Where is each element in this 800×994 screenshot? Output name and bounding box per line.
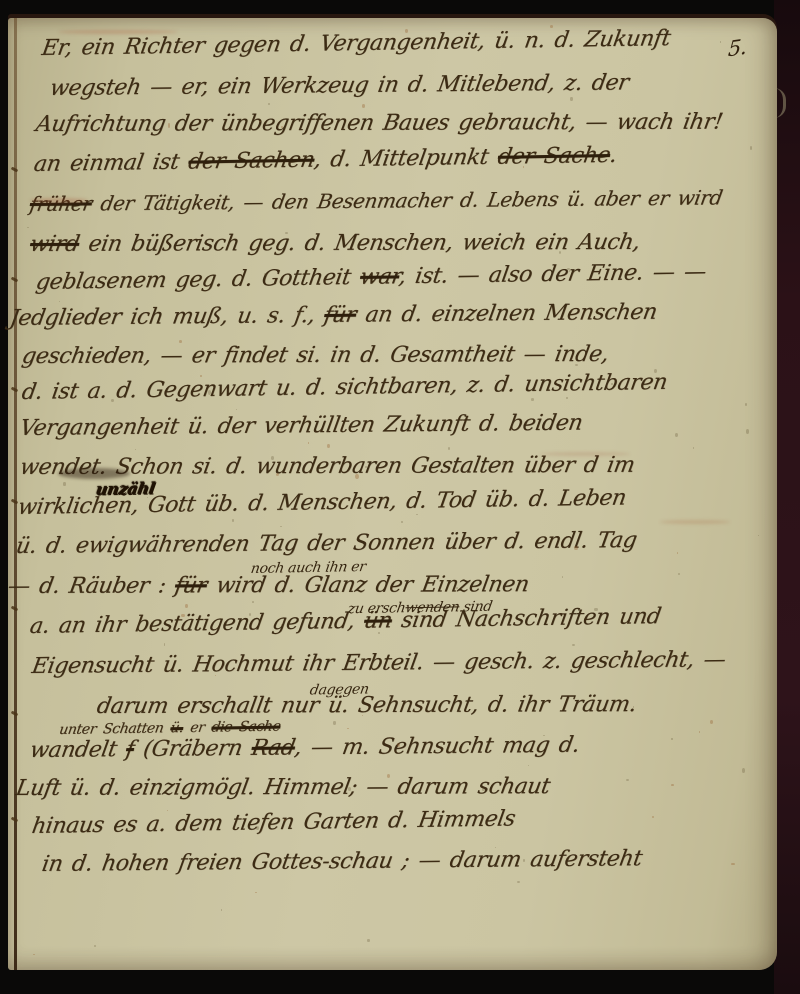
paper-speck [63, 482, 65, 485]
paper-speck [405, 29, 408, 33]
paper-speck [671, 738, 672, 739]
paper-speck [511, 241, 513, 242]
paper-speck [570, 97, 572, 100]
paper-speck [456, 587, 458, 589]
paper-speck [111, 399, 114, 403]
binding-fold [14, 18, 17, 970]
paper-speck [559, 251, 561, 254]
paper-speck [731, 863, 735, 865]
paper-speck [378, 537, 379, 538]
paper-speck [543, 735, 545, 736]
paper-speck [256, 826, 259, 831]
paper-speck [200, 375, 202, 377]
paper-speck [710, 720, 713, 724]
interline-insertion: zu erschwenden sind [347, 599, 494, 618]
paper-speck [652, 816, 654, 818]
paper-speck [362, 715, 364, 716]
paper-speck [746, 429, 749, 433]
paper-speck [569, 270, 570, 271]
paper-speck [416, 514, 418, 515]
paper-speck [378, 632, 380, 634]
paper-speck [33, 954, 35, 955]
paper-speck [523, 859, 525, 861]
paper-speck [355, 474, 358, 479]
ink-smudge [58, 468, 130, 479]
paper-speck [365, 466, 366, 468]
paper-speck [27, 227, 29, 228]
paper-speck [611, 383, 613, 384]
paper-speck [574, 546, 577, 550]
paper-speck [215, 675, 216, 676]
paper-speck [745, 403, 747, 406]
paper-speck [268, 103, 270, 105]
interline-insertion: dagegen [309, 681, 370, 698]
paper-speck [232, 519, 234, 521]
paper-speck [367, 939, 369, 942]
paper-speck [297, 311, 301, 316]
paper-speck [333, 721, 335, 724]
manuscript-scan: 5. Er, ein Richter gegen d. Vergangenhei… [0, 0, 800, 994]
paper-speck [742, 768, 745, 773]
interline-insertion: noch auch ihn er [250, 559, 367, 577]
paper-speck [182, 89, 184, 91]
paper-speck [572, 644, 575, 646]
paper-speck [550, 25, 554, 28]
manuscript-line: geschieden, — er findet si. in d. Gesamt… [20, 342, 611, 369]
paper-speck [594, 608, 597, 612]
ink-smudge [30, 198, 88, 203]
paper-speck [531, 398, 535, 401]
paper-speck [347, 728, 349, 729]
paper-speck [387, 774, 390, 778]
paper-speck [401, 521, 403, 523]
paper-speck [252, 601, 254, 603]
page-number: 5. [727, 35, 747, 62]
ink-smudge [540, 452, 630, 456]
paper-speck [575, 364, 577, 366]
manuscript-line: wird ein büßerisch geg. d. Menschen, wei… [28, 230, 642, 257]
paper-speck [633, 706, 634, 707]
paper-speck [271, 456, 274, 460]
manuscript-line: Aufrichtung der ünbegriffenen Baues gebr… [34, 110, 724, 137]
paper-speck [626, 779, 629, 781]
paper-speck [502, 462, 505, 464]
interline-insertion: unzähl [94, 478, 156, 498]
paper-speck [208, 390, 211, 395]
ink-smudge [660, 520, 730, 524]
manuscript-line: wandelt f (Gräbern Rad, — m. Sehnsucht m… [28, 733, 581, 763]
paper-speck [179, 340, 182, 343]
paper-speck [259, 121, 261, 122]
paper-speck [671, 784, 673, 786]
book-edge [774, 0, 800, 994]
paper-speck [567, 268, 569, 270]
paper-speck [284, 819, 285, 821]
paper-speck [237, 389, 239, 391]
manuscript-line: Luft ü. d. einzigmögl. Himmel; — darum s… [14, 774, 552, 801]
paper-speck [699, 731, 700, 733]
paper-speck [562, 576, 563, 578]
ink-smudge [58, 30, 178, 34]
paper-speck [274, 315, 276, 317]
paper-speck [382, 497, 385, 500]
paper-speck [135, 449, 136, 450]
paper-speck [308, 442, 309, 443]
paper-speck [185, 604, 188, 609]
paper-speck [495, 847, 496, 848]
